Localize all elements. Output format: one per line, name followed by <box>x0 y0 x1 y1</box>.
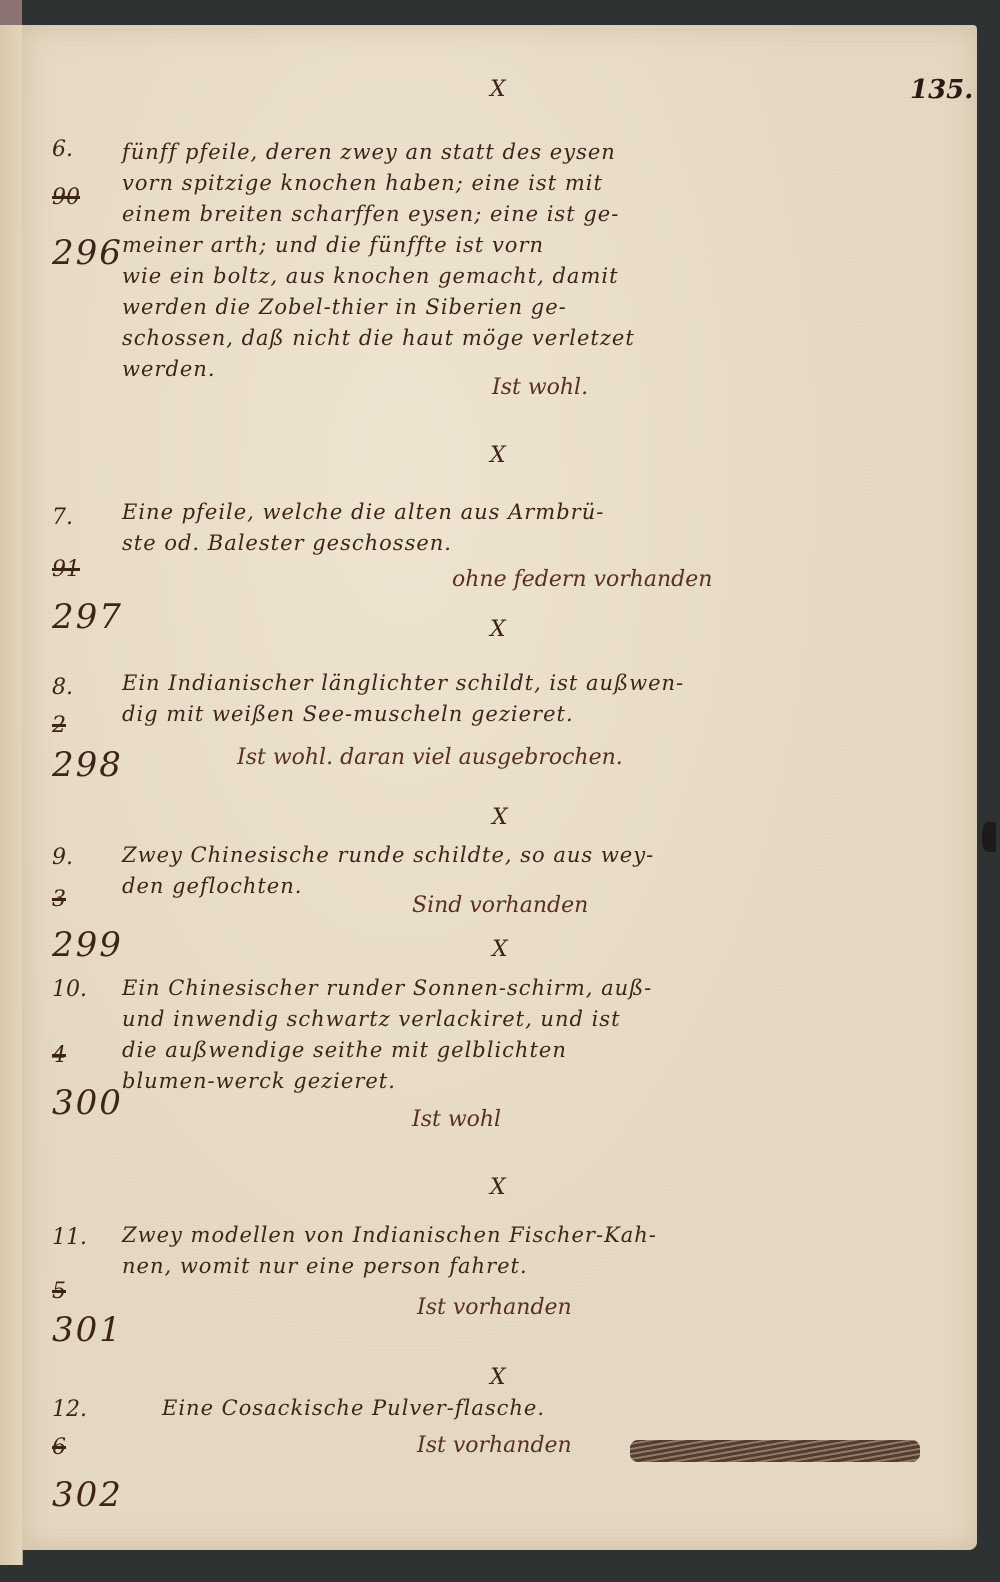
entry-number: 10. <box>52 977 87 1002</box>
entry-separator: X <box>490 617 506 642</box>
entry-description: Eine pfeile, welche die alten aus Armbrü… <box>122 497 952 559</box>
entry-number: 7. <box>52 505 73 530</box>
entry-number: 11. <box>52 1225 87 1250</box>
new-inventory-number: 300 <box>52 1083 123 1123</box>
entry-number: 8. <box>52 675 73 700</box>
new-inventory-number: 299 <box>52 925 123 965</box>
ink-blot <box>982 822 996 852</box>
verification-note: Ist vorhanden <box>417 1433 572 1458</box>
verification-note: Sind vorhanden <box>412 893 588 918</box>
new-inventory-number: 301 <box>52 1310 123 1350</box>
binding-spine <box>0 0 22 25</box>
old-inventory-number: 91 <box>52 557 162 582</box>
manuscript-page: 135. X 6. 90 296 fünff pfeile, deren zwe… <box>22 25 977 1550</box>
entry-separator: X <box>492 805 508 830</box>
entry-separator: X <box>492 937 508 962</box>
verification-note: Ist wohl <box>412 1107 501 1132</box>
entry-number: 6. <box>52 137 73 162</box>
entry-separator: X <box>490 77 506 102</box>
entry-number: 9. <box>52 845 73 870</box>
entry-number: 12. <box>52 1397 87 1422</box>
entry-separator: X <box>490 443 506 468</box>
verification-note: Ist vorhanden <box>417 1295 572 1320</box>
new-inventory-number: 297 <box>52 597 123 637</box>
entry-description: Eine Cosackische Pulver-flasche. <box>162 1393 952 1424</box>
previous-page-edge <box>0 25 23 1565</box>
new-inventory-number: 302 <box>52 1475 123 1515</box>
entry-description: Ein Chinesischer runder Sonnen-schirm, a… <box>122 973 952 1097</box>
new-inventory-number: 296 <box>52 233 123 273</box>
old-inventory-number: 5 <box>52 1279 162 1304</box>
old-inventory-number: 6 <box>52 1435 162 1460</box>
verification-note: Ist wohl. daran viel ausgebrochen. <box>237 745 623 770</box>
entry-separator: X <box>490 1175 506 1200</box>
new-inventory-number: 298 <box>52 745 123 785</box>
entry-description: fünff pfeile, deren zwey an statt des ey… <box>122 137 952 385</box>
entry-description: Ein Indianischer länglichter schildt, is… <box>122 668 952 730</box>
folio-number: 135. <box>910 75 973 105</box>
entry-description: Zwey modellen von Indianischen Fischer-K… <box>122 1220 952 1282</box>
verification-note: Ist wohl. <box>492 375 588 400</box>
entry-separator: X <box>490 1365 506 1390</box>
verification-note: ohne federn vorhanden <box>452 567 712 592</box>
struck-through-annotation <box>630 1440 920 1462</box>
